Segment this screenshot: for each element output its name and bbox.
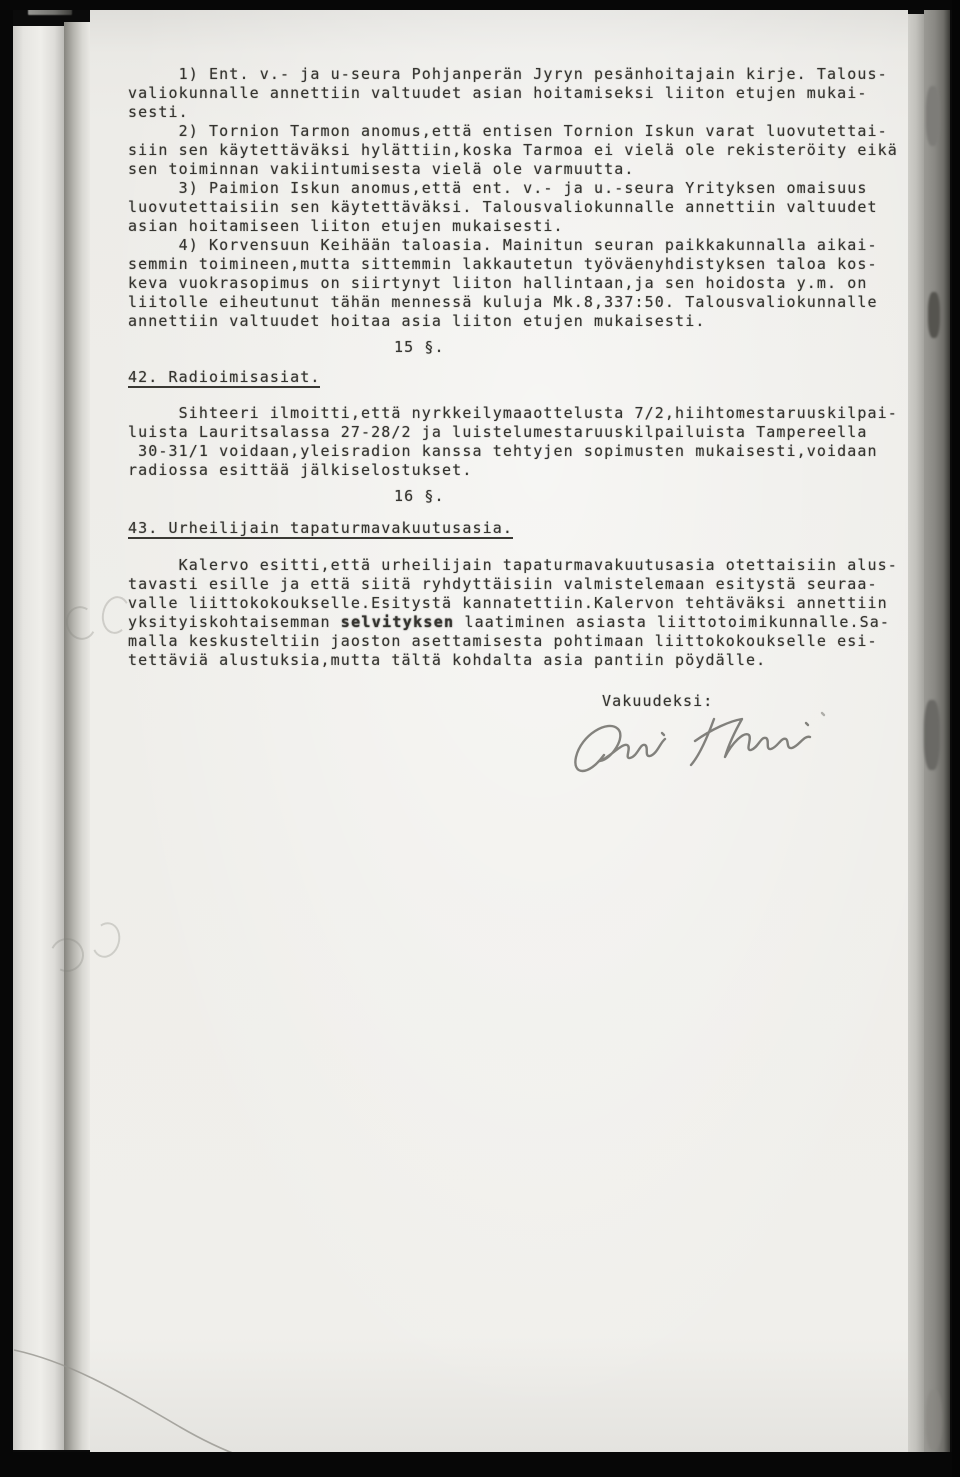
paragraph-mark-15: 15 §. bbox=[394, 338, 928, 357]
text-line: 30-31/1 voidaan,yleisradion kanssa tehty… bbox=[128, 442, 928, 461]
section-title-43-text: 43. Urheilijain tapaturmavakuutusasia. bbox=[128, 519, 513, 539]
text-line: 1) Ent. v.- ja u-seura Pohjanperän Jyryn… bbox=[128, 65, 928, 84]
text-line: annettiin valtuudet hoitaa asia liiton e… bbox=[128, 312, 928, 331]
text-line: Kalervo esitti,että urheilijain tapaturm… bbox=[128, 556, 928, 575]
scan-border-bottom bbox=[0, 1452, 960, 1477]
stack-texture bbox=[928, 292, 940, 338]
section-title-42-text: 42. Radioimisasiat. bbox=[128, 368, 320, 388]
text-line: tavasti esille ja että siitä ryhdyttäisi… bbox=[128, 575, 928, 594]
text-line: semmin toimineen,mutta sittemmin lakkaut… bbox=[128, 255, 928, 274]
text-line: luovutettaisiin sen käytettäväksi. Talou… bbox=[128, 198, 928, 217]
text-line: valle liittokokoukselle.Esitystä kannate… bbox=[128, 594, 928, 613]
stack-texture bbox=[926, 86, 940, 146]
section-title-43: 43. Urheilijain tapaturmavakuutusasia. bbox=[128, 519, 928, 538]
text-line-with-overstrike: yksityiskohtaisemman selvityksen laatimi… bbox=[128, 613, 928, 632]
text-line: 3) Paimion Iskun anomus,että ent. v.- ja… bbox=[128, 179, 928, 198]
paragraph-mark-16: 16 §. bbox=[394, 487, 928, 506]
text-line: sesti. bbox=[128, 103, 928, 122]
binding-fold-shadow bbox=[64, 22, 90, 1450]
text-segment: laatiminen asiasta liittotoimikunnalle.S… bbox=[454, 613, 890, 631]
text-line: 2) Tornion Tarmon anomus,että entisen To… bbox=[128, 122, 928, 141]
text-line: 4) Korvensuun Keihään taloasia. Mainitun… bbox=[128, 236, 928, 255]
text-line: keva vuokrasopimus on siirtynyt liiton h… bbox=[128, 274, 928, 293]
scan-border-right bbox=[952, 0, 960, 1477]
text-line: luista Lauritsalassa 27-28/2 ja luistelu… bbox=[128, 423, 928, 442]
text-line: radiossa esittää jälkiselostukset. bbox=[128, 461, 928, 480]
text-line: sen toiminnan vakiintumisesta vielä ole … bbox=[128, 160, 928, 179]
scanned-document: { "document": { "kind": "typewritten mee… bbox=[0, 0, 960, 1477]
overstruck-word: selvityksen bbox=[341, 613, 455, 631]
text-line: liitolle eiheutunut tähän mennessä kuluj… bbox=[128, 293, 928, 312]
stack-texture bbox=[926, 1390, 942, 1450]
section-title-42: 42. Radioimisasiat. bbox=[128, 368, 928, 387]
text-line: asian hoitamiseen liiton etujen mukaises… bbox=[128, 217, 928, 236]
text-line: tettäviä alustuksia,mutta tältä kohdalta… bbox=[128, 651, 928, 670]
text-line: Sihteeri ilmoitti,että nyrkkeilymaaottel… bbox=[128, 404, 928, 423]
scan-border-left bbox=[0, 0, 13, 1477]
underlying-page-edge bbox=[12, 26, 64, 1450]
typewritten-text: 1) Ent. v.- ja u-seura Pohjanperän Jyryn… bbox=[128, 65, 928, 711]
scan-border-top bbox=[0, 0, 960, 10]
text-line: siin sen käytettäväksi hylättiin,koska T… bbox=[128, 141, 928, 160]
text-line: malla keskusteltiin jaoston asettamisest… bbox=[128, 632, 928, 651]
handwritten-signature bbox=[564, 693, 894, 803]
text-segment: yksityiskohtaisemman bbox=[128, 613, 341, 631]
text-line: valiokunnalle annettiin valtuudet asian … bbox=[128, 84, 928, 103]
